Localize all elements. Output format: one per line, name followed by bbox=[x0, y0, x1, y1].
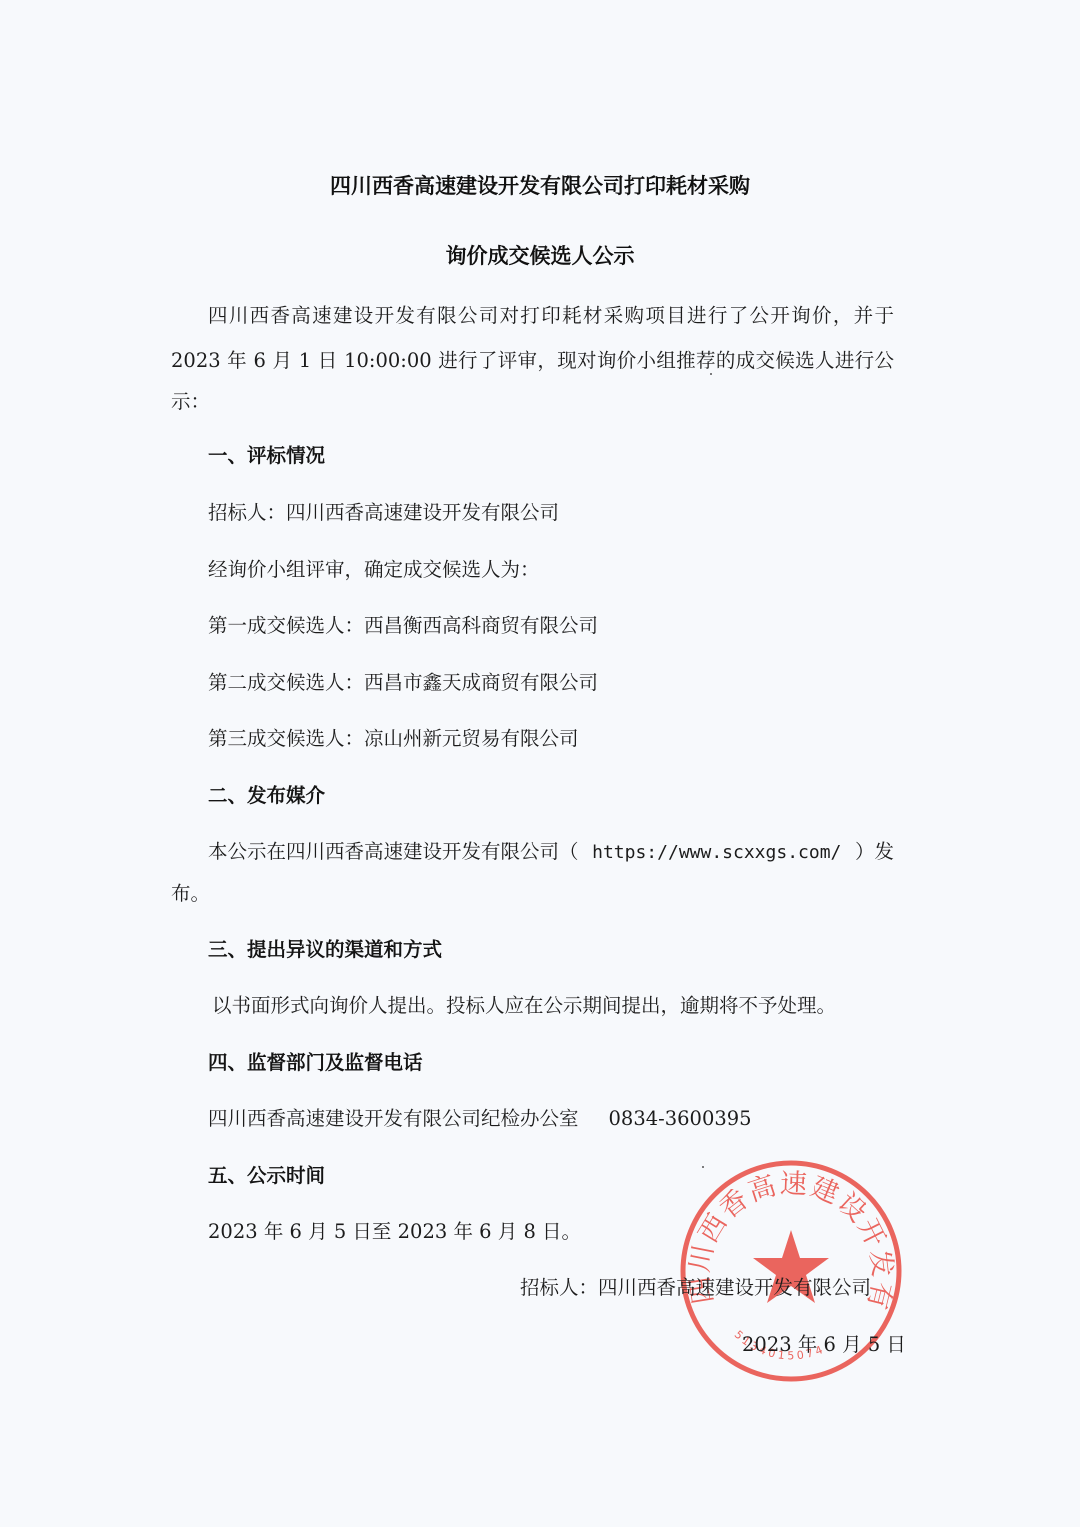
supervision-phone: 0834-3600395 bbox=[609, 1107, 752, 1130]
section-heading-evaluation: 一、评标情况 bbox=[208, 440, 325, 468]
document-page: 四川西香高速建设开发有限公司打印耗材采购 询价成交候选人公示 四川西香高速建设开… bbox=[0, 0, 1080, 1527]
publication-line-2: 布。 bbox=[171, 878, 210, 906]
publicity-period: 2023 年 6 月 5 日至 2023 年 6 月 8 日。 bbox=[208, 1216, 581, 1244]
intro-line-3: 示： bbox=[171, 386, 210, 414]
publication-line-1: 本公示在四川西香高速建设开发有限公司（ https://www.scxxgs.c… bbox=[208, 836, 894, 864]
section-heading-publicity-period: 五、公示时间 bbox=[208, 1160, 325, 1188]
section-heading-publication-media: 二、发布媒介 bbox=[208, 780, 325, 808]
document-title-line1: 四川西香高速建设开发有限公司打印耗材采购 bbox=[0, 170, 1080, 200]
candidate-row-3: 第三成交候选人：凉山州新元贸易有限公司 bbox=[208, 723, 579, 751]
intro-line-1: 四川西香高速建设开发有限公司对打印耗材采购项目进行了公开询价，并于 bbox=[208, 300, 894, 328]
candidate-rank-label: 第二成交候选人： bbox=[208, 671, 364, 694]
signature-date: 2023 年 6 月 5 日 bbox=[742, 1329, 906, 1357]
website-link[interactable]: https://www.scxxgs.com/ bbox=[592, 842, 841, 863]
section-heading-objection-channels: 三、提出异议的渠道和方式 bbox=[208, 934, 442, 962]
objection-text: 以书面形式向询价人提出。投标人应在公示期间提出，逾期将不予处理。 bbox=[212, 990, 836, 1018]
candidate-name: 西昌衡西高科商贸有限公司 bbox=[364, 614, 598, 637]
candidate-rank-label: 第三成交候选人： bbox=[208, 727, 364, 750]
signature-tenderer: 招标人：四川西香高速建设开发有限公司 bbox=[520, 1272, 871, 1300]
section-heading-supervision: 四、监督部门及监督电话 bbox=[208, 1047, 423, 1075]
candidate-row-1: 第一成交候选人：西昌衡西高科商贸有限公司 bbox=[208, 610, 598, 638]
publication-text-suffix: ）发 bbox=[855, 836, 894, 864]
publication-text-prefix: 本公示在四川西香高速建设开发有限公司（ bbox=[208, 836, 579, 864]
candidate-name: 凉山州新元贸易有限公司 bbox=[364, 727, 579, 750]
intro-line-2: 2023 年 6 月 1 日 10:00:00 进行了评审，现对询价小组推荐的成… bbox=[171, 345, 894, 373]
document-title-line2: 询价成交候选人公示 bbox=[0, 240, 1080, 270]
scan-speck bbox=[702, 1166, 704, 1168]
candidate-row-2: 第二成交候选人：西昌市鑫天成商贸有限公司 bbox=[208, 667, 598, 695]
supervision-line: 四川西香高速建设开发有限公司纪检办公室0834-3600395 bbox=[208, 1103, 752, 1131]
candidate-name: 西昌市鑫天成商贸有限公司 bbox=[364, 671, 598, 694]
scan-speck bbox=[710, 373, 712, 375]
tenderer-line: 招标人：四川西香高速建设开发有限公司 bbox=[208, 497, 559, 525]
supervision-department: 四川西香高速建设开发有限公司纪检办公室 bbox=[208, 1107, 579, 1130]
candidate-rank-label: 第一成交候选人： bbox=[208, 614, 364, 637]
review-line: 经询价小组评审，确定成交候选人为： bbox=[208, 554, 540, 582]
